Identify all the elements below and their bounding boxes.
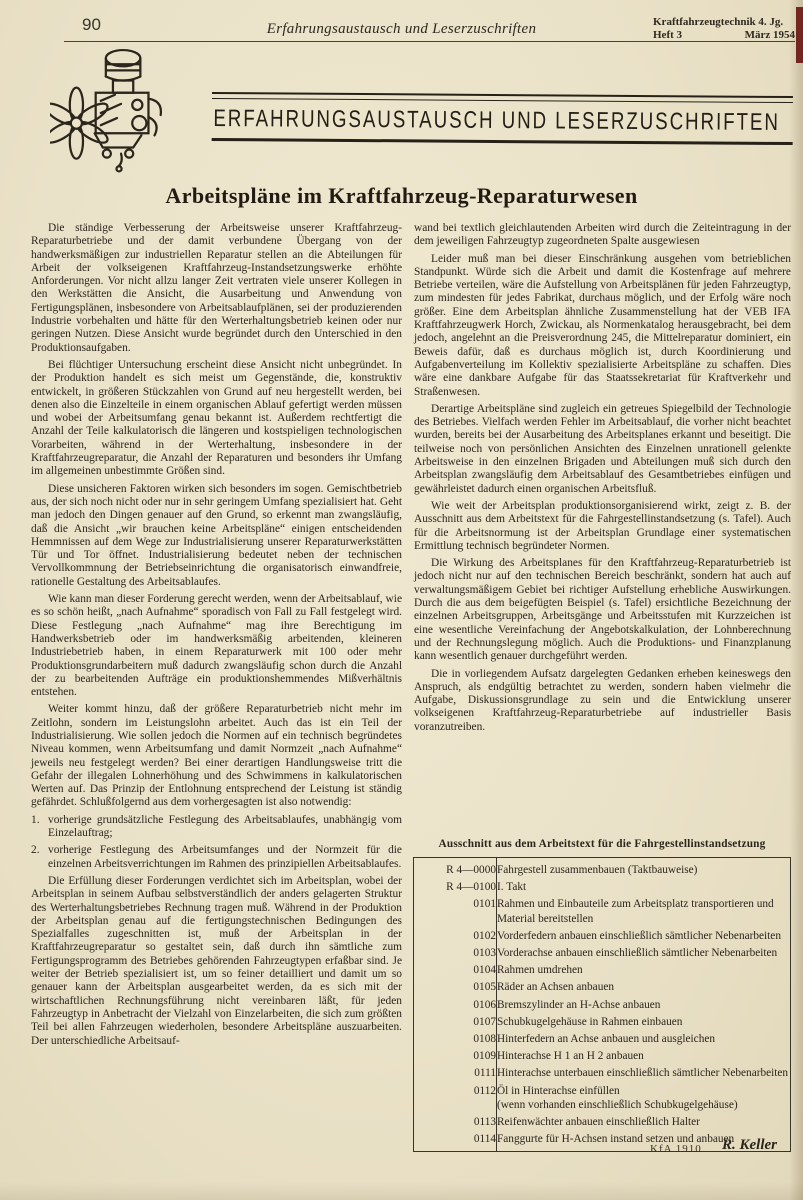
work-code: 0107	[414, 1013, 497, 1030]
paragraph: Wie kann man dieser Forderung gerecht we…	[31, 593, 402, 699]
journal-page: { "colors":{"paper":"#eae2c8","ink":"#2b…	[0, 0, 803, 1200]
table-row: 0102Vorderfedern anbauen einschließlich …	[414, 927, 791, 944]
work-code: 0106	[414, 996, 497, 1013]
page-bottom-shade	[0, 1182, 803, 1200]
work-text: Hinterfedern an Achse anbauen und ausgle…	[497, 1031, 791, 1048]
header-rule	[64, 41, 795, 42]
work-code: R 4—0100	[414, 879, 497, 896]
paragraph: Bei flüchtiger Untersuchung erscheint di…	[31, 359, 402, 479]
journal-issue: Heft 3	[653, 29, 682, 42]
paragraph: Wie weit der Arbeitsplan produktionsorga…	[414, 500, 791, 553]
work-code: 0105	[414, 979, 497, 996]
paragraph-continuation: wand bei textlich gleichlautenden Arbeit…	[414, 222, 791, 249]
work-code: 0103	[414, 945, 497, 962]
table-row: 0112Öl in Hinterachse einfüllen (wenn vo…	[414, 1082, 791, 1113]
table-row: 0106Bremszylinder an H-Achse anbauen	[414, 996, 791, 1013]
table-row: 0101Rahmen und Einbauteile zum Arbeitspl…	[414, 896, 791, 927]
work-plan-table: R 4—0000Fahrgestell zusammenbauen (Taktb…	[413, 857, 791, 1152]
numbered-list-item: 1. vorherige grundsätzliche Festlegung d…	[31, 814, 402, 841]
article-title: Arbeitspläne im Kraftfahrzeug-Reparaturw…	[0, 183, 803, 209]
paragraph: Weiter kommt hinzu, daß der größere Repa…	[31, 703, 402, 809]
section-banner-title: ERFAHRUNGSAUSTAUSCH UND LESERZUSCHRIFTEN	[212, 99, 780, 142]
table-row: 0111Hinterachse unterbauen einschließlic…	[414, 1065, 791, 1082]
paragraph: Leider muß man bei dieser Einschränkung …	[414, 253, 791, 399]
paragraph: Die in vorliegendem Aufsatz dargelegten …	[414, 668, 791, 734]
table-row: 0108Hinterfedern an Achse anbauen und au…	[414, 1031, 791, 1048]
work-text: Bremszylinder an H-Achse anbauen	[497, 996, 791, 1013]
page-edge-shade	[789, 0, 803, 1200]
table-row: 0105Räder an Achsen anbauen	[414, 979, 791, 996]
work-text: Rahmen umdrehen	[497, 962, 791, 979]
work-code: 0114	[414, 1131, 497, 1152]
work-text: Öl in Hinterachse einfüllen (wenn vorhan…	[497, 1082, 791, 1113]
work-code: 0111	[414, 1065, 497, 1082]
work-code: R 4—0000	[414, 858, 497, 879]
work-plan-table-block: Ausschnitt aus dem Arbeitstext für die F…	[413, 838, 791, 1152]
work-code: 0104	[414, 962, 497, 979]
table-caption: Ausschnitt aus dem Arbeitstext für die F…	[413, 838, 791, 850]
list-number: 2.	[31, 844, 48, 871]
list-text: vorherige Festlegung des Arbeitsumfanges…	[48, 844, 402, 871]
journal-date: März 1954	[745, 29, 795, 42]
work-text: Hinterachse H 1 an H 2 anbauen	[497, 1048, 791, 1065]
table-row: 0103Vorderachse anbauen einschließlich s…	[414, 945, 791, 962]
work-code: 0108	[414, 1031, 497, 1048]
work-text: Schubkugelgehäuse in Rahmen einbauen	[497, 1013, 791, 1030]
banner-rule-top	[212, 92, 793, 98]
table-row: R 4—0000Fahrgestell zusammenbauen (Taktb…	[414, 858, 791, 879]
work-text: Fahrgestell zusammenbauen (Taktbauweise)	[497, 858, 791, 879]
paragraph: Die ständige Verbesserung der Arbeitswei…	[31, 222, 402, 355]
credit-code: KfA 1910	[650, 1143, 702, 1155]
work-code: 0112	[414, 1082, 497, 1113]
table-row: 0107Schubkugelgehäuse in Rahmen einbauen	[414, 1013, 791, 1030]
paragraph: Diese unsicheren Faktoren wirken sich be…	[31, 483, 402, 589]
work-text: Rahmen und Einbauteile zum Arbeitsplatz …	[497, 896, 791, 927]
list-text: vorherige grundsätzliche Festlegung des …	[48, 814, 402, 841]
author-signature: R. Keller	[722, 1137, 777, 1154]
work-text: Vorderfedern anbauen einschließlich sämt…	[497, 927, 791, 944]
paragraph: Die Wirkung des Arbeitsplanes für den Kr…	[414, 557, 791, 663]
work-text: I. Takt	[497, 879, 791, 896]
work-text: Räder an Achsen anbauen	[497, 979, 791, 996]
work-text: Reifenwächter anbauen einschließlich Hal…	[497, 1114, 791, 1131]
work-text: Hinterachse unterbauen einschließlich sä…	[497, 1065, 791, 1082]
table-row: R 4—0100I. Takt	[414, 879, 791, 896]
journal-masthead: Kraftfahrzeugtechnik 4. Jg. Heft 3 März …	[653, 16, 795, 41]
list-number: 1.	[31, 814, 48, 841]
table-row: 0113Reifenwächter anbauen einschließlich…	[414, 1114, 791, 1131]
engine-icon	[50, 46, 184, 180]
numbered-list-item: 2. vorherige Festlegung des Arbeitsumfan…	[31, 844, 402, 871]
journal-title: Kraftfahrzeugtechnik 4. Jg.	[653, 16, 795, 29]
right-column: wand bei textlich gleichlautenden Arbeit…	[414, 222, 791, 738]
table-row: 0109Hinterachse H 1 an H 2 anbauen	[414, 1048, 791, 1065]
table-row: 0104Rahmen umdrehen	[414, 962, 791, 979]
paragraph: Die Erfüllung dieser Forderungen verdich…	[31, 875, 402, 1048]
left-column: Die ständige Verbesserung der Arbeitswei…	[31, 222, 402, 1052]
paragraph: Derartige Arbeitspläne sind zugleich ein…	[414, 403, 791, 496]
work-code: 0109	[414, 1048, 497, 1065]
work-code: 0113	[414, 1114, 497, 1131]
work-text: Vorderachse anbauen einschließlich sämtl…	[497, 945, 791, 962]
section-banner: ERFAHRUNGSAUSTAUSCH UND LESERZUSCHRIFTEN	[212, 92, 793, 145]
work-code: 0102	[414, 927, 497, 944]
work-code: 0101	[414, 896, 497, 927]
